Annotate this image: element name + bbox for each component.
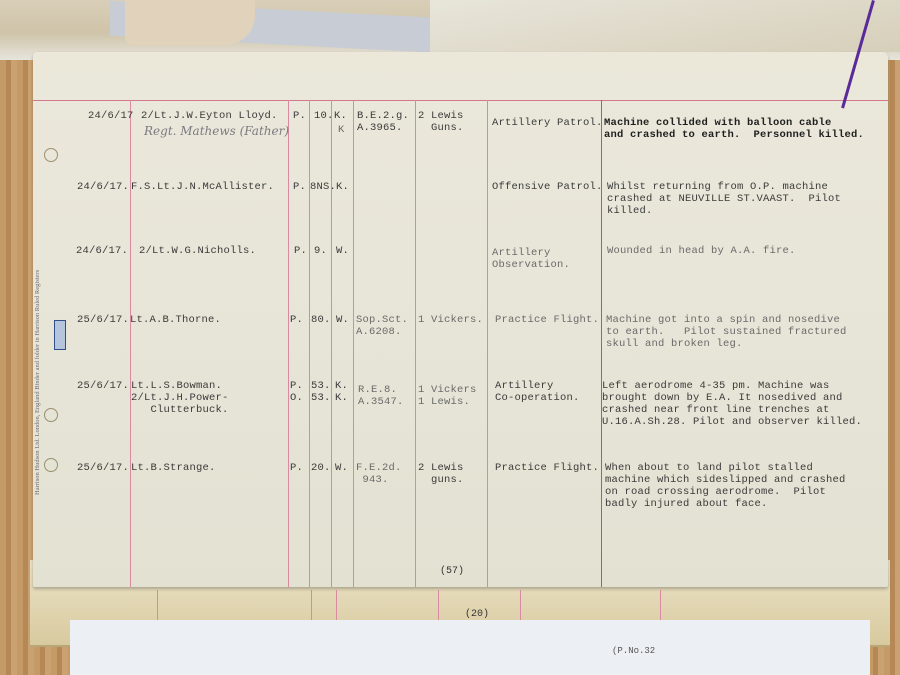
- row-2-remarks: Whilst returning from O.P. machine crash…: [607, 181, 841, 217]
- row-5-name: Lt.L.S.Bowman. 2/Lt.J.H.Power- Clutterbu…: [131, 380, 229, 416]
- row-3-role: P.: [294, 245, 307, 257]
- row-4-squadron: 80.: [311, 314, 331, 326]
- header-rule: [33, 100, 888, 101]
- row-1-squadron: 10.: [314, 110, 334, 122]
- punch-hole: [44, 458, 58, 472]
- column-rule-casualty: [353, 100, 354, 587]
- column-rule-armament: [487, 100, 488, 587]
- row-4-name: Lt.A.B.Thorne.: [130, 314, 221, 326]
- row-6-duty: Practice Flight.: [495, 462, 599, 474]
- row-1-name: 2/Lt.J.W.Eyton Lloyd.: [141, 110, 278, 122]
- row-2-date: 24/6/17.: [77, 181, 129, 193]
- row-3-casualty: W.: [336, 245, 349, 257]
- row-5-machine: R.E.8. A.3547.: [358, 384, 404, 408]
- row-6-role: P.: [290, 462, 303, 474]
- row-1-casualty: K.: [334, 110, 347, 122]
- punch-hole: [44, 408, 58, 422]
- column-rule-squadron: [331, 100, 332, 587]
- row-3-remarks: Wounded in head by A.A. fire.: [607, 245, 796, 257]
- row-6-date: 25/6/17.: [77, 462, 129, 474]
- row-5-role: P. O.: [290, 380, 303, 404]
- row-5-remarks: Left aerodrome 4-35 pm. Machine was brou…: [602, 380, 862, 428]
- page-number: (57): [440, 566, 464, 577]
- row-6-remarks: When about to land pilot stalled machine…: [605, 462, 846, 510]
- column-rule-role: [309, 100, 310, 587]
- punch-hole: [44, 148, 58, 162]
- torn-paper-strip: [430, 0, 900, 52]
- under-rule: [660, 590, 661, 620]
- row-1-handwritten-note: Regt. Mathews (Father): [144, 124, 289, 138]
- row-1-machine: B.E.2.g. A.3965.: [357, 110, 409, 134]
- row-3-date: 24/6/17.: [76, 245, 128, 257]
- row-4-date: 25/6/17.: [77, 314, 129, 326]
- under-rule: [520, 590, 521, 620]
- row-3-squadron: 9.: [314, 245, 327, 257]
- row-1-role: P.: [293, 110, 306, 122]
- row-4-casualty: W.: [336, 314, 349, 326]
- row-1-date: 24/6/17: [88, 110, 134, 122]
- row-5-date: 25/6/17.: [77, 380, 129, 392]
- row-5-casualty: K. K.: [335, 380, 348, 404]
- underlying-tab-label: (P.No.32: [612, 646, 655, 656]
- row-1-duty: Artillery Patrol.: [492, 117, 603, 129]
- row-4-armament: 1 Vickers.: [418, 314, 483, 326]
- blue-stamp-mark: [54, 320, 66, 350]
- row-2-duty: Offensive Patrol.: [492, 181, 603, 193]
- under-rule: [311, 590, 312, 620]
- row-1-casualty-handwritten: K: [338, 124, 345, 136]
- row-4-machine: Sop.Sct. A.6208.: [356, 314, 408, 338]
- torn-paper-flap: [125, 0, 255, 45]
- column-rule-date: [130, 100, 131, 587]
- row-1-armament: 2 Lewis Guns.: [418, 110, 464, 134]
- white-backing-sheet: [70, 620, 870, 675]
- row-1-remarks: Machine collided with balloon cable and …: [604, 117, 864, 141]
- column-rule-machine: [415, 100, 416, 587]
- under-rule: [438, 590, 439, 620]
- row-4-role: P.: [290, 314, 303, 326]
- row-3-duty: Artillery Observation.: [492, 247, 570, 271]
- row-2-role: P.: [293, 181, 306, 193]
- margin-imprint: Harrison Hudson Ltd. London, England Bin…: [34, 270, 41, 495]
- under-rule: [157, 590, 158, 620]
- row-5-armament: 1 Vickers 1 Lewis.: [418, 384, 477, 408]
- row-6-armament: 2 Lewis guns.: [418, 462, 464, 486]
- column-rule-name: [288, 100, 289, 587]
- row-5-duty: Artillery Co-operation.: [495, 380, 580, 404]
- row-5-squadron: 53. 53.: [311, 380, 331, 404]
- row-6-machine: F.E.2d. 943.: [356, 462, 402, 486]
- row-3-name: 2/Lt.W.G.Nicholls.: [139, 245, 256, 257]
- under-rule: [336, 590, 337, 620]
- row-6-name: Lt.B.Strange.: [131, 462, 216, 474]
- row-2-squadron: 8NS.: [310, 181, 336, 193]
- underlying-page-number: (20): [465, 609, 489, 620]
- row-6-casualty: W.: [335, 462, 348, 474]
- row-2-casualty: K.: [336, 181, 349, 193]
- column-rule-duty: [601, 100, 602, 587]
- row-4-duty: Practice Flight.: [495, 314, 599, 326]
- row-4-remarks: Machine got into a spin and nosedive to …: [606, 314, 847, 350]
- row-2-name: F.S.Lt.J.N.McAllister.: [131, 181, 274, 193]
- row-6-squadron: 20.: [311, 462, 331, 474]
